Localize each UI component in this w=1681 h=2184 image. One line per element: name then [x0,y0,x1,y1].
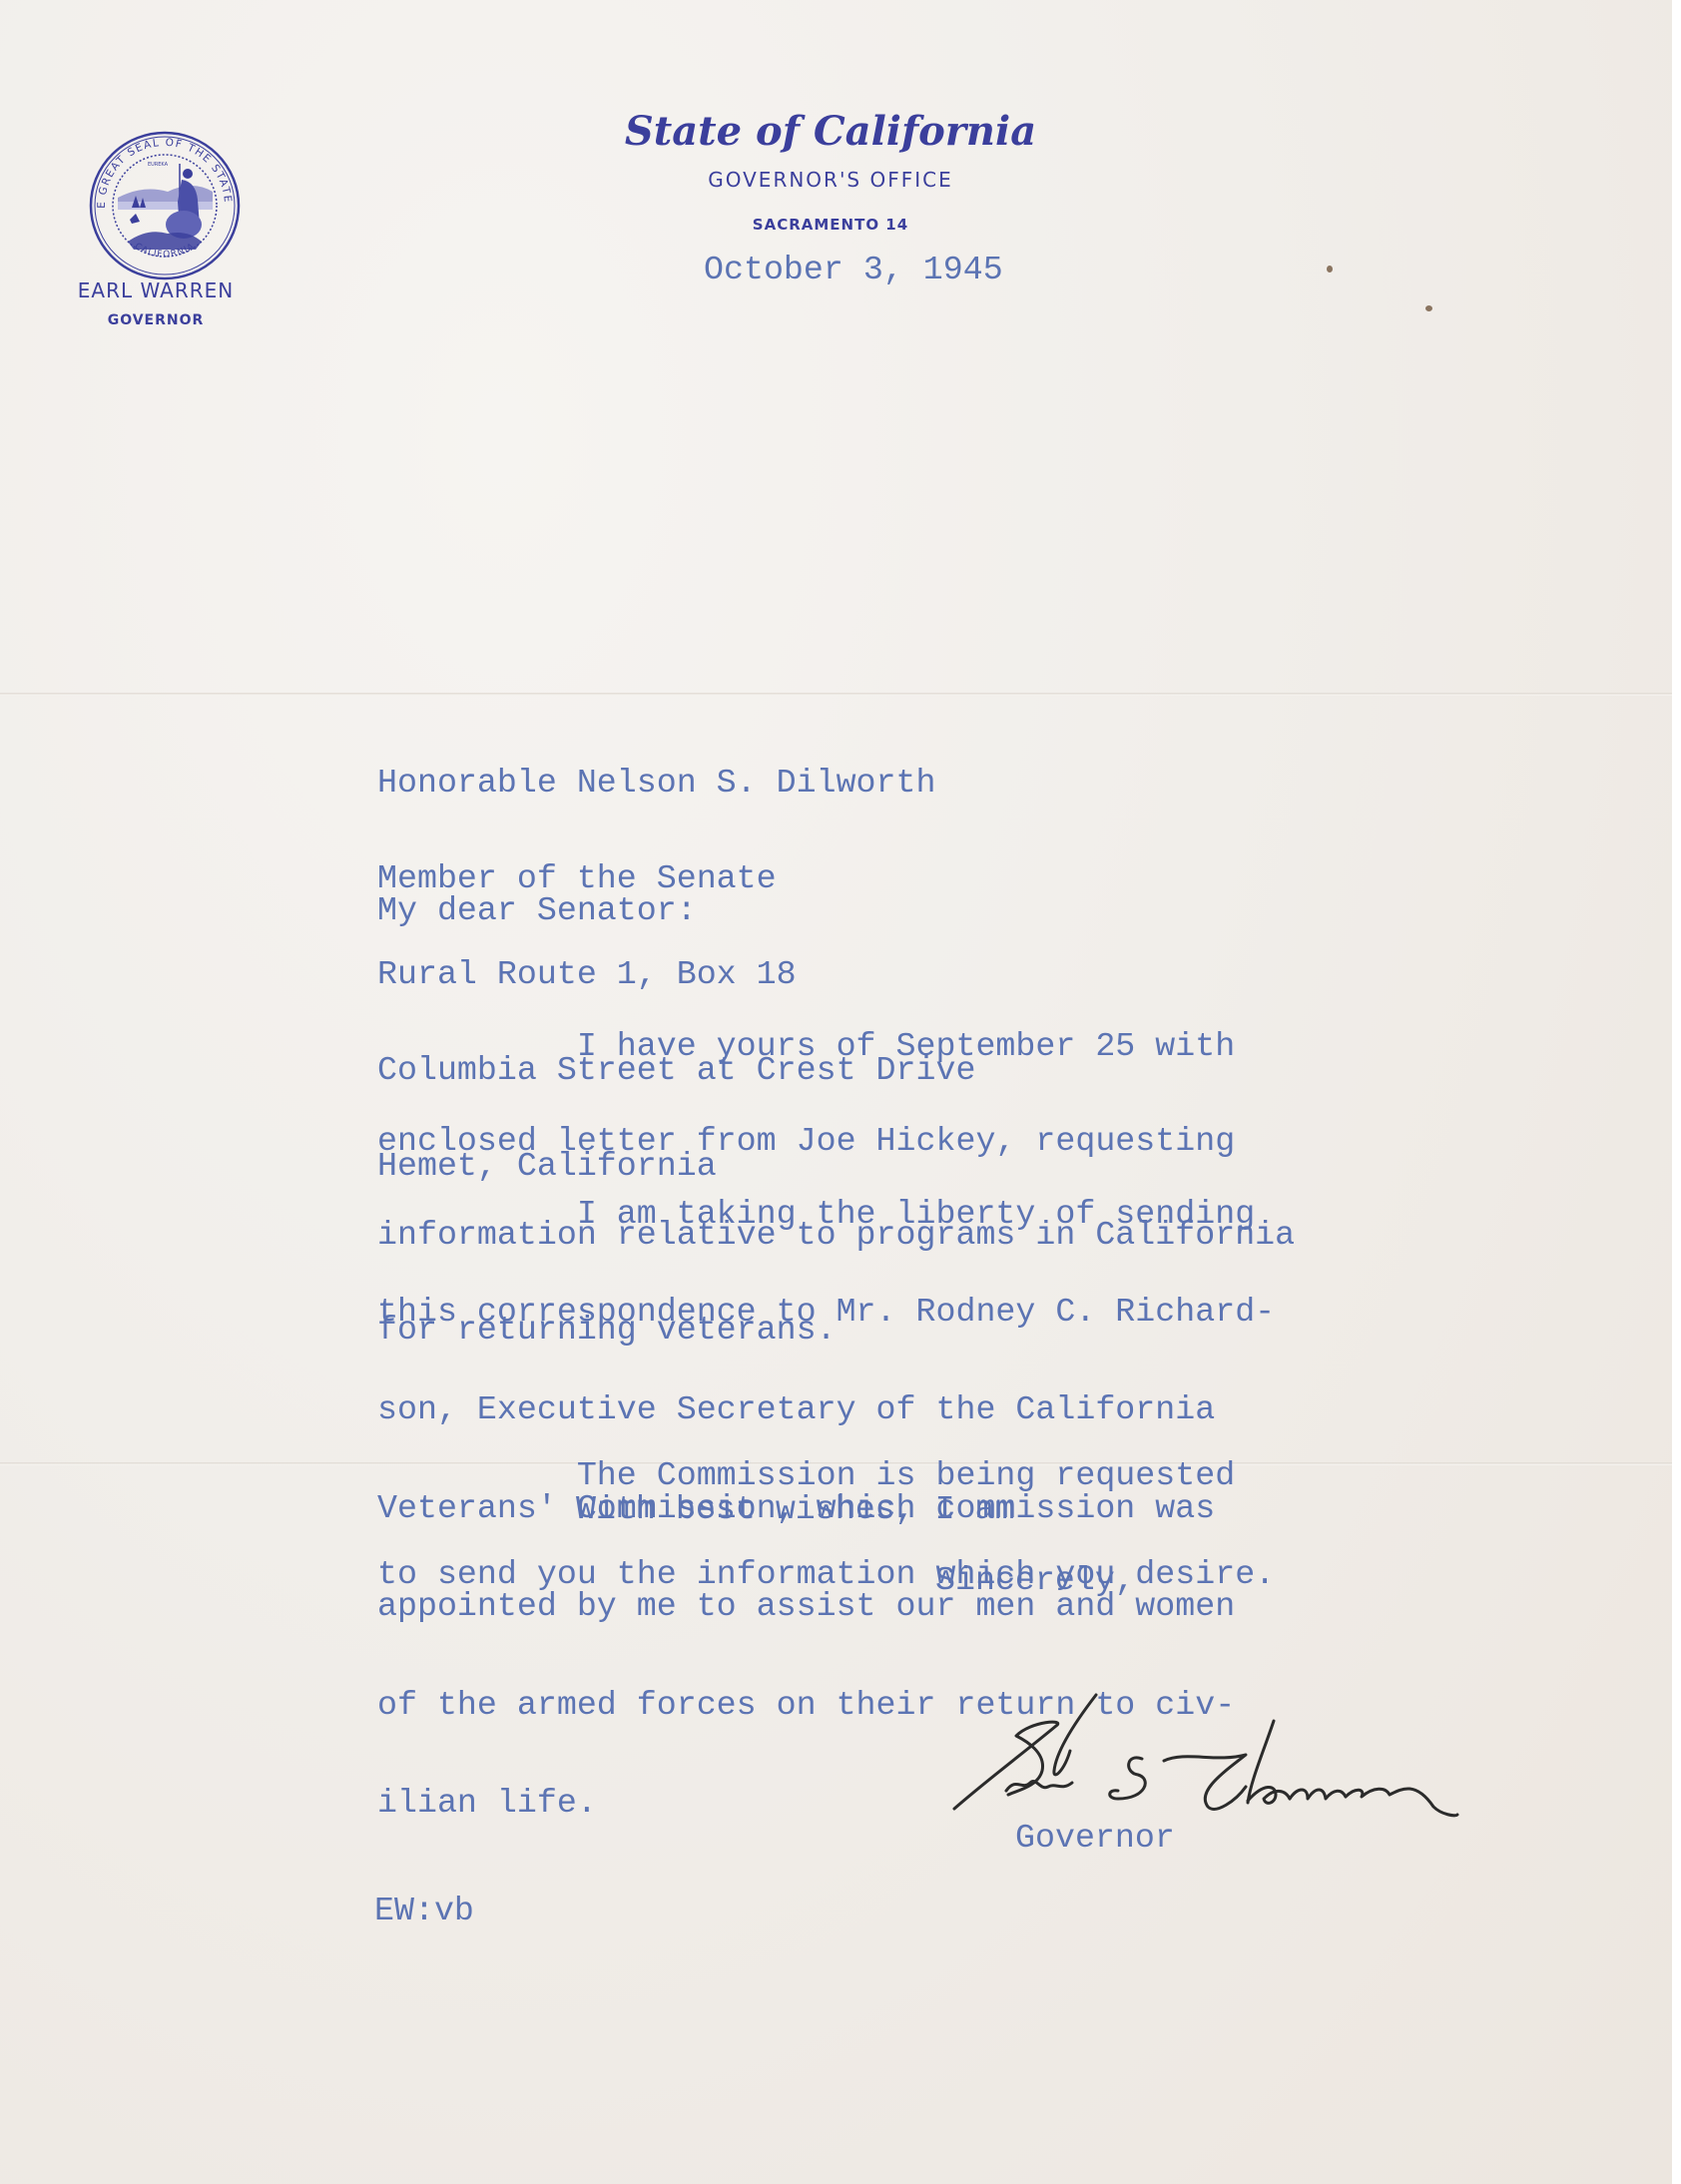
signer-title: Governor [1015,1822,1175,1854]
paragraph-line: I am taking the liberty of sending [377,1198,1275,1231]
office-name: GOVERNOR'S OFFICE [611,168,1050,192]
governor-name: EARL WARREN [58,278,254,302]
salutation: My dear Senator: [377,894,697,926]
state-title: State of California [611,108,1050,155]
fold-line [0,693,1672,696]
paragraph-line: this correspondence to Mr. Rodney C. Ric… [377,1296,1275,1329]
closing-phrase: With best wishes, I am [576,1493,1015,1525]
complimentary-close: Sincerely, [935,1564,1135,1596]
paragraph-line: The Commission is being requested [377,1459,1275,1492]
state-seal-icon: THE GREAT SEAL OF THE STATE OF CALIFORNI… [80,112,234,264]
paragraph-line: to send you the information which you de… [377,1558,1275,1591]
governor-title: GOVERNOR [58,312,254,328]
recipient-line: Member of the Senate [377,862,975,894]
office-city: SACRAMENTO 14 [611,216,1050,234]
letter-date: October 3, 1945 [704,254,1003,285]
signature [938,1673,1457,1803]
paragraph-line: I have yours of September 25 with [377,1031,1295,1063]
reference-initials: EW:vb [374,1895,474,1926]
recipient-line: Honorable Nelson S. Dilworth [377,767,975,799]
paper-blemish [1425,305,1432,311]
svg-text:EUREKA: EUREKA [148,162,169,168]
paper-blemish [1327,266,1333,273]
